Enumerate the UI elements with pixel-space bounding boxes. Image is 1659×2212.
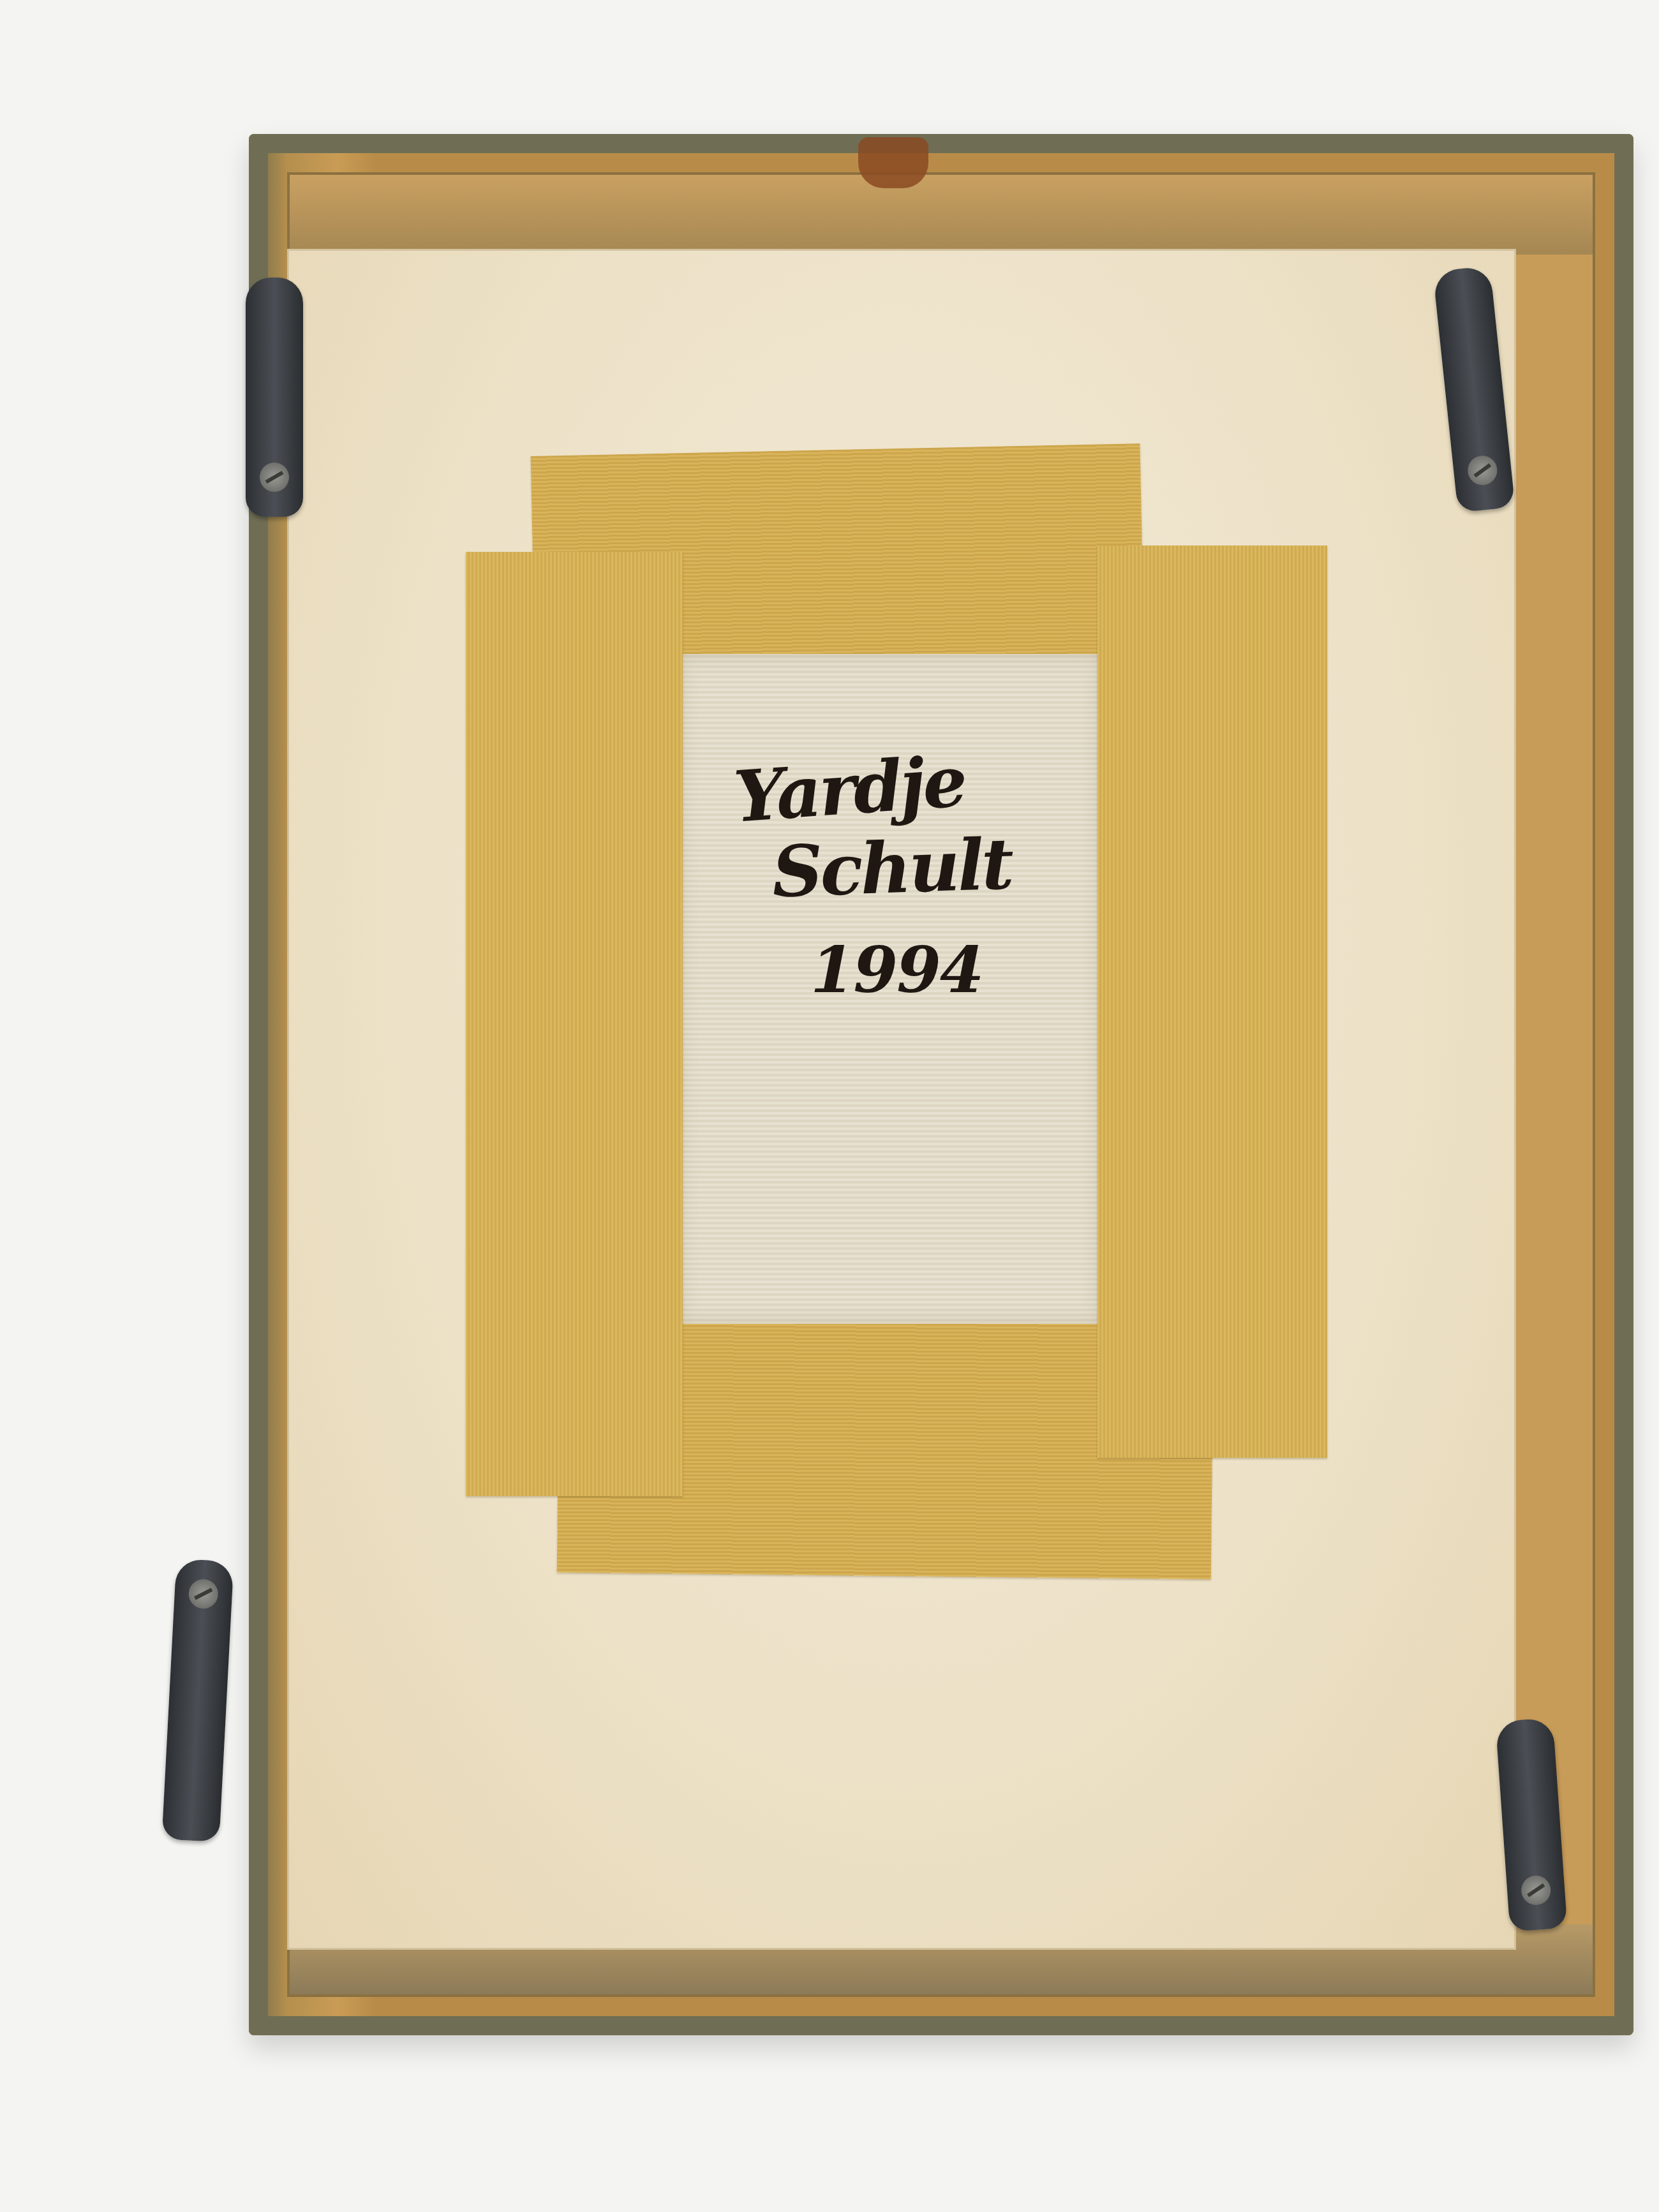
retaining-clip-bottom-left xyxy=(162,1559,234,1842)
signature-last-name: Schult xyxy=(771,822,1041,912)
tape-strip-left xyxy=(466,552,683,1496)
screw-icon xyxy=(260,463,289,492)
hanger-tab xyxy=(858,137,928,188)
frame-top-rail xyxy=(290,175,1593,255)
screw-icon xyxy=(188,1578,219,1609)
signature-date: 1994 xyxy=(810,933,1040,1007)
screw-icon xyxy=(1466,454,1499,487)
tape-strip-right xyxy=(1097,546,1327,1458)
screw-icon xyxy=(1521,1874,1552,1906)
artist-inscription: Yardje Schult 1994 xyxy=(734,746,1040,1007)
retaining-clip-top-left xyxy=(246,278,303,517)
